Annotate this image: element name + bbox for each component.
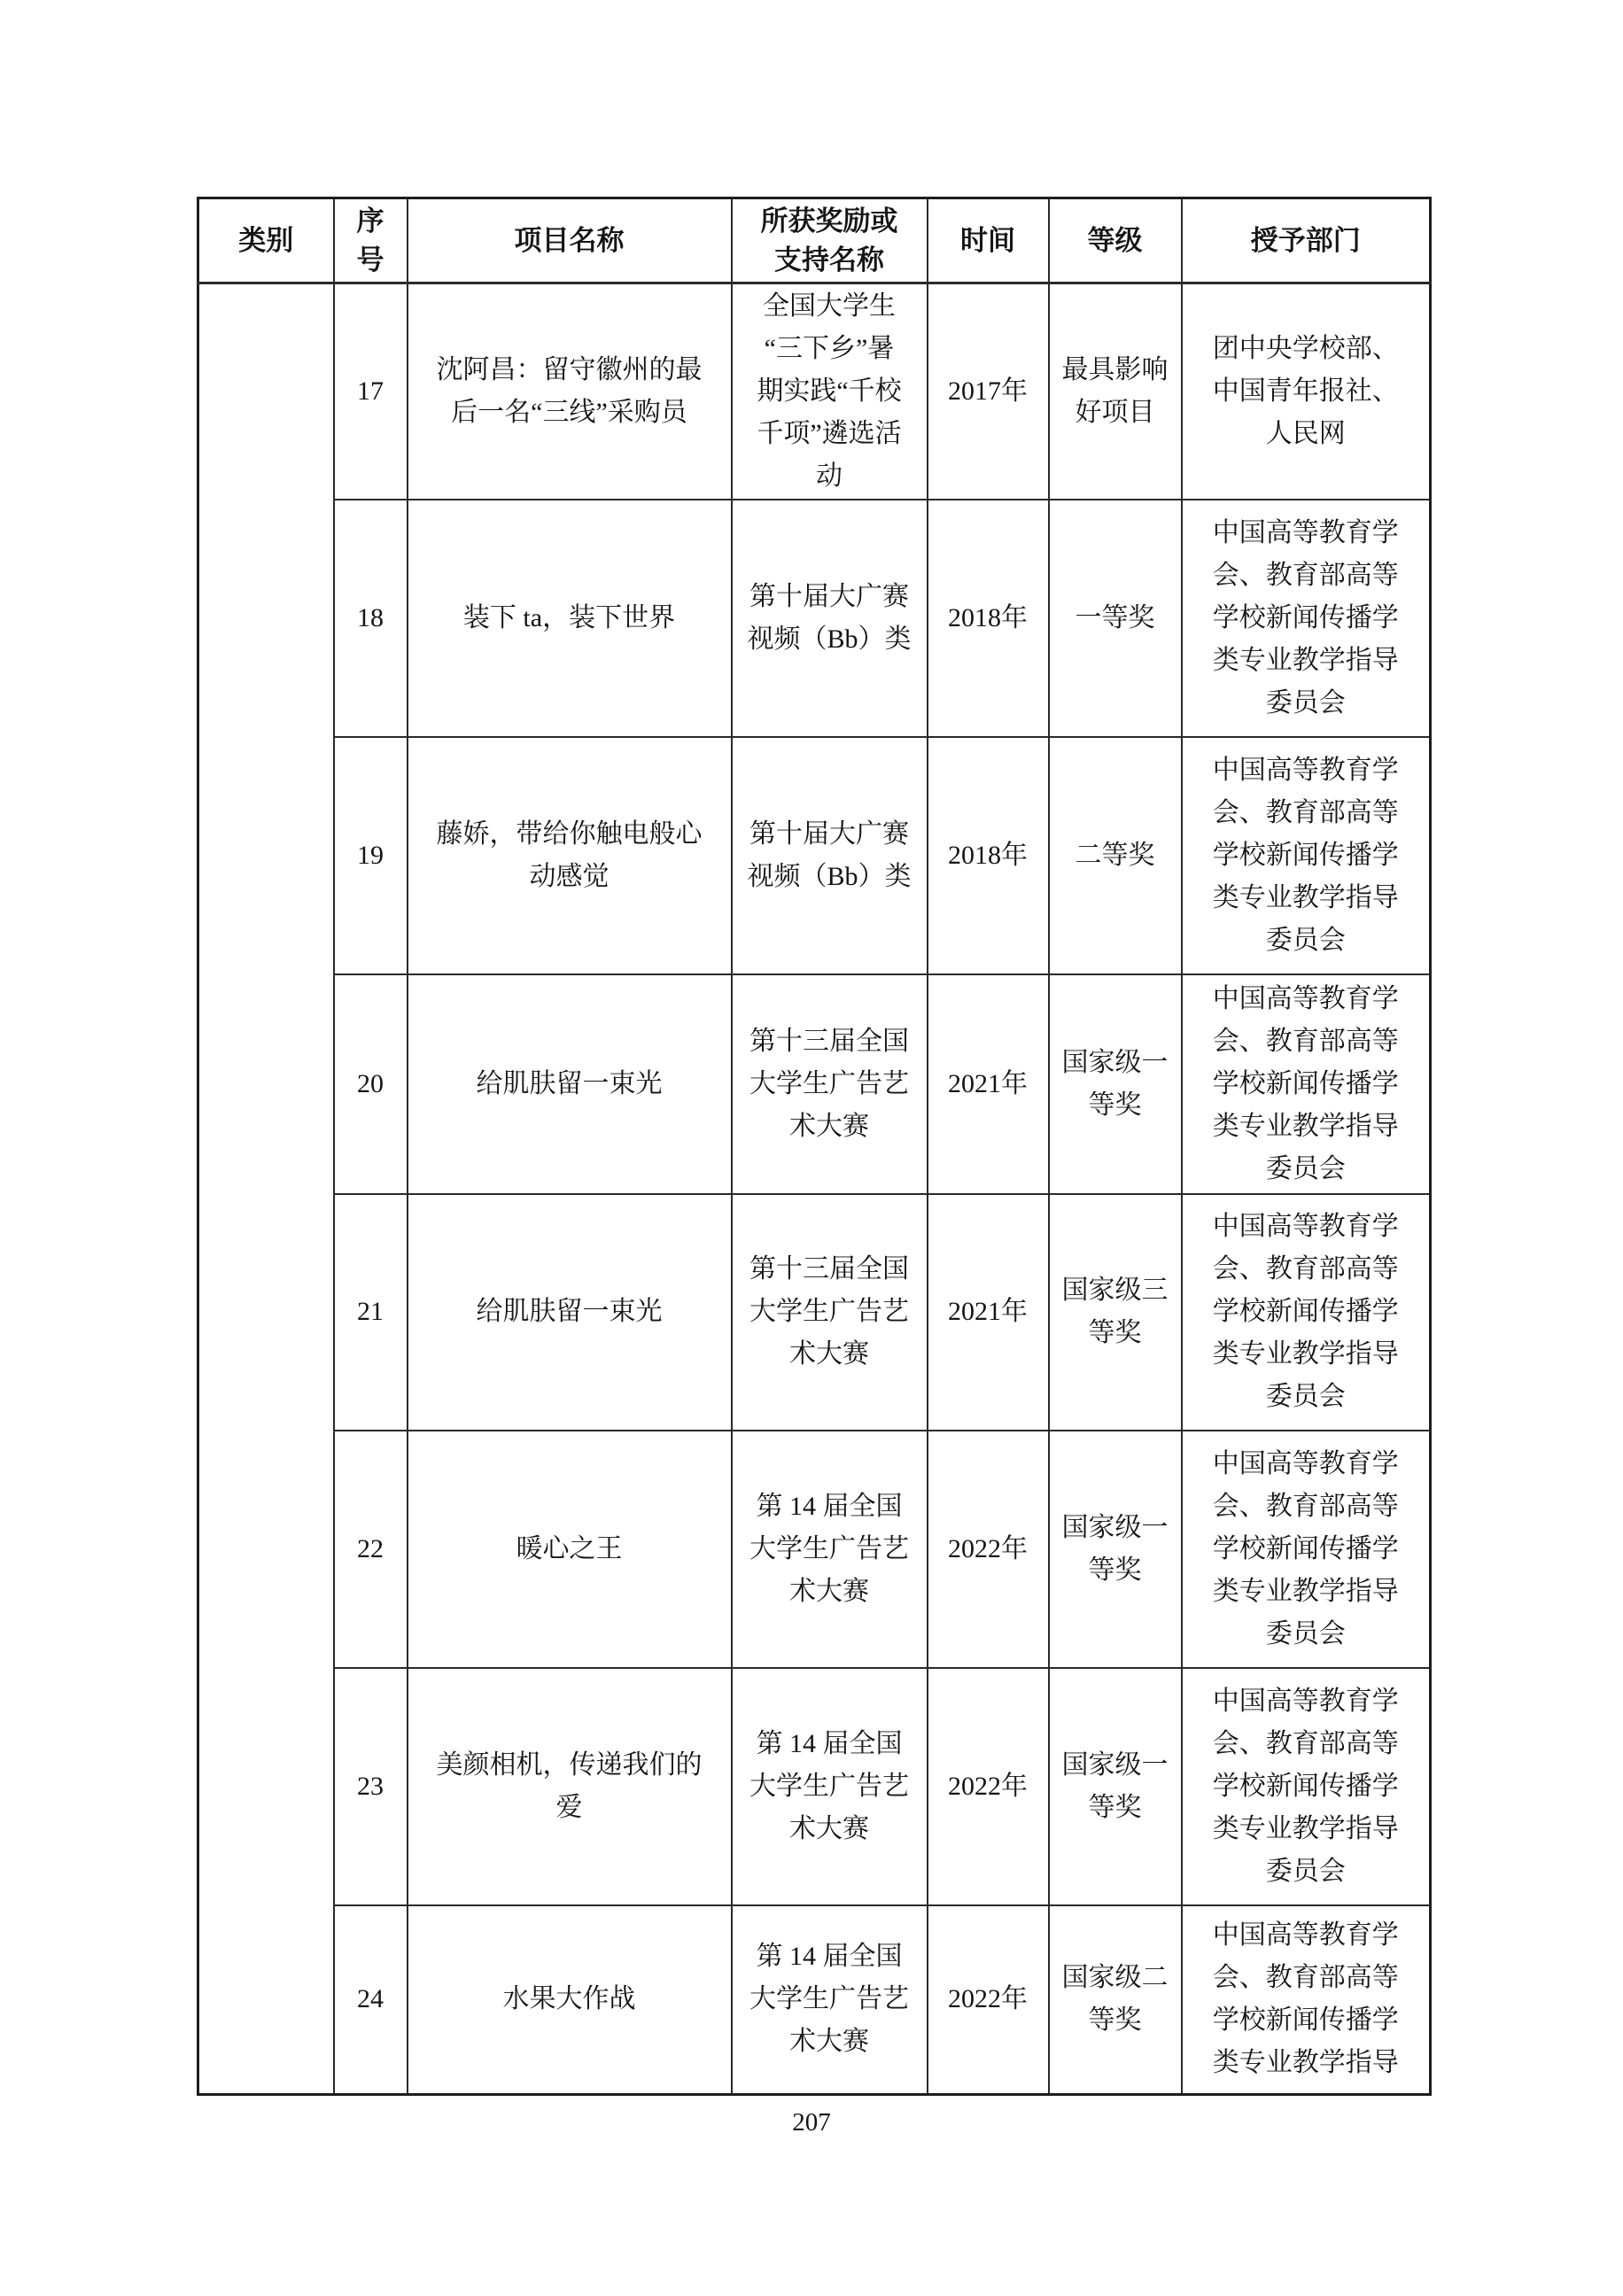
cell-department: 中国高等教育学 会、教育部高等 学校新闻传播学 类专业教学指导 委员会: [1182, 1431, 1431, 1668]
cell-award: 第十届大广赛 视频（Bb）类: [732, 737, 928, 974]
awards-table: 类别 序 号 项目名称 所获奖励或 支持名称 时间 等级 授予部门 17 沈阿昌…: [197, 197, 1432, 2096]
cell-project: 给肌肤留一束光: [408, 974, 732, 1194]
cell-time: 2017年: [928, 283, 1049, 500]
cell-project: 暖心之王: [408, 1431, 732, 1668]
cell-serial: 23: [334, 1668, 408, 1905]
table-row: 19 藤娇，带给你触电般心 动感觉 第十届大广赛 视频（Bb）类 2018年 二…: [198, 737, 1431, 974]
cell-level: 国家级二 等奖: [1049, 1905, 1182, 2095]
cell-project: 沈阿昌：留守徽州的最 后一名“三线”采购员: [408, 283, 732, 500]
table-row: 20 给肌肤留一束光 第十三届全国 大学生广告艺 术大赛 2021年 国家级一 …: [198, 974, 1431, 1194]
cell-award: 第 14 届全国 大学生广告艺 术大赛: [732, 1431, 928, 1668]
cell-time: 2018年: [928, 500, 1049, 737]
cell-department: 中国高等教育学 会、教育部高等 学校新闻传播学 类专业教学指导 委员会: [1182, 500, 1431, 737]
col-header-award: 所获奖励或 支持名称: [732, 198, 928, 283]
col-header-category: 类别: [198, 198, 334, 283]
cell-serial: 24: [334, 1905, 408, 2095]
cell-time: 2018年: [928, 737, 1049, 974]
col-header-department: 授予部门: [1182, 198, 1431, 283]
cell-award: 第十三届全国 大学生广告艺 术大赛: [732, 974, 928, 1194]
cell-project: 美颜相机，传递我们的 爱: [408, 1668, 732, 1905]
header-row: 类别 序 号 项目名称 所获奖励或 支持名称 时间 等级 授予部门: [198, 198, 1431, 283]
cell-time: 2022年: [928, 1668, 1049, 1905]
cell-department: 团中央学校部、 中国青年报社、 人民网: [1182, 283, 1431, 500]
table-row: 22 暖心之王 第 14 届全国 大学生广告艺 术大赛 2022年 国家级一 等…: [198, 1431, 1431, 1668]
cell-level: 国家级一 等奖: [1049, 1431, 1182, 1668]
cell-level: 国家级一 等奖: [1049, 1668, 1182, 1905]
cell-level: 国家级三 等奖: [1049, 1194, 1182, 1431]
cell-level: 一等奖: [1049, 500, 1182, 737]
cell-time: 2022年: [928, 1431, 1049, 1668]
cell-award: 第 14 届全国 大学生广告艺 术大赛: [732, 1905, 928, 2095]
cell-project: 装下 ta，装下世界: [408, 500, 732, 737]
cell-department: 中国高等教育学 会、教育部高等 学校新闻传播学 类专业教学指导 委员会: [1182, 974, 1431, 1194]
cell-department: 中国高等教育学 会、教育部高等 学校新闻传播学 类专业教学指导 委员会: [1182, 1668, 1431, 1905]
cell-category: [198, 283, 334, 2095]
cell-time: 2021年: [928, 974, 1049, 1194]
cell-department: 中国高等教育学 会、教育部高等 学校新闻传播学 类专业教学指导 委员会: [1182, 737, 1431, 974]
cell-award: 第十三届全国 大学生广告艺 术大赛: [732, 1194, 928, 1431]
cell-time: 2021年: [928, 1194, 1049, 1431]
cell-award: 第 14 届全国 大学生广告艺 术大赛: [732, 1668, 928, 1905]
col-header-level: 等级: [1049, 198, 1182, 283]
cell-time: 2022年: [928, 1905, 1049, 2095]
cell-serial: 21: [334, 1194, 408, 1431]
table-row: 21 给肌肤留一束光 第十三届全国 大学生广告艺 术大赛 2021年 国家级三 …: [198, 1194, 1431, 1431]
table-row: 24 水果大作战 第 14 届全国 大学生广告艺 术大赛 2022年 国家级二 …: [198, 1905, 1431, 2095]
cell-level: 国家级一 等奖: [1049, 974, 1182, 1194]
page-number: 207: [0, 2106, 1623, 2138]
cell-department: 中国高等教育学 会、教育部高等 学校新闻传播学 类专业教学指导: [1182, 1905, 1431, 2095]
cell-serial: 17: [334, 283, 408, 500]
cell-serial: 18: [334, 500, 408, 737]
cell-level: 二等奖: [1049, 737, 1182, 974]
table-row: 23 美颜相机，传递我们的 爱 第 14 届全国 大学生广告艺 术大赛 2022…: [198, 1668, 1431, 1905]
cell-serial: 20: [334, 974, 408, 1194]
cell-serial: 22: [334, 1431, 408, 1668]
cell-project: 藤娇，带给你触电般心 动感觉: [408, 737, 732, 974]
table-row: 17 沈阿昌：留守徽州的最 后一名“三线”采购员 全国大学生 “三下乡”暑 期实…: [198, 283, 1431, 500]
cell-project: 给肌肤留一束光: [408, 1194, 732, 1431]
cell-award: 第十届大广赛 视频（Bb）类: [732, 500, 928, 737]
cell-serial: 19: [334, 737, 408, 974]
col-header-project: 项目名称: [408, 198, 732, 283]
cell-project: 水果大作战: [408, 1905, 732, 2095]
cell-department: 中国高等教育学 会、教育部高等 学校新闻传播学 类专业教学指导 委员会: [1182, 1194, 1431, 1431]
table-row: 18 装下 ta，装下世界 第十届大广赛 视频（Bb）类 2018年 一等奖 中…: [198, 500, 1431, 737]
cell-level: 最具影响 好项目: [1049, 283, 1182, 500]
col-header-time: 时间: [928, 198, 1049, 283]
cell-award: 全国大学生 “三下乡”暑 期实践“千校 千项”遴选活 动: [732, 283, 928, 500]
col-header-serial: 序 号: [334, 198, 408, 283]
